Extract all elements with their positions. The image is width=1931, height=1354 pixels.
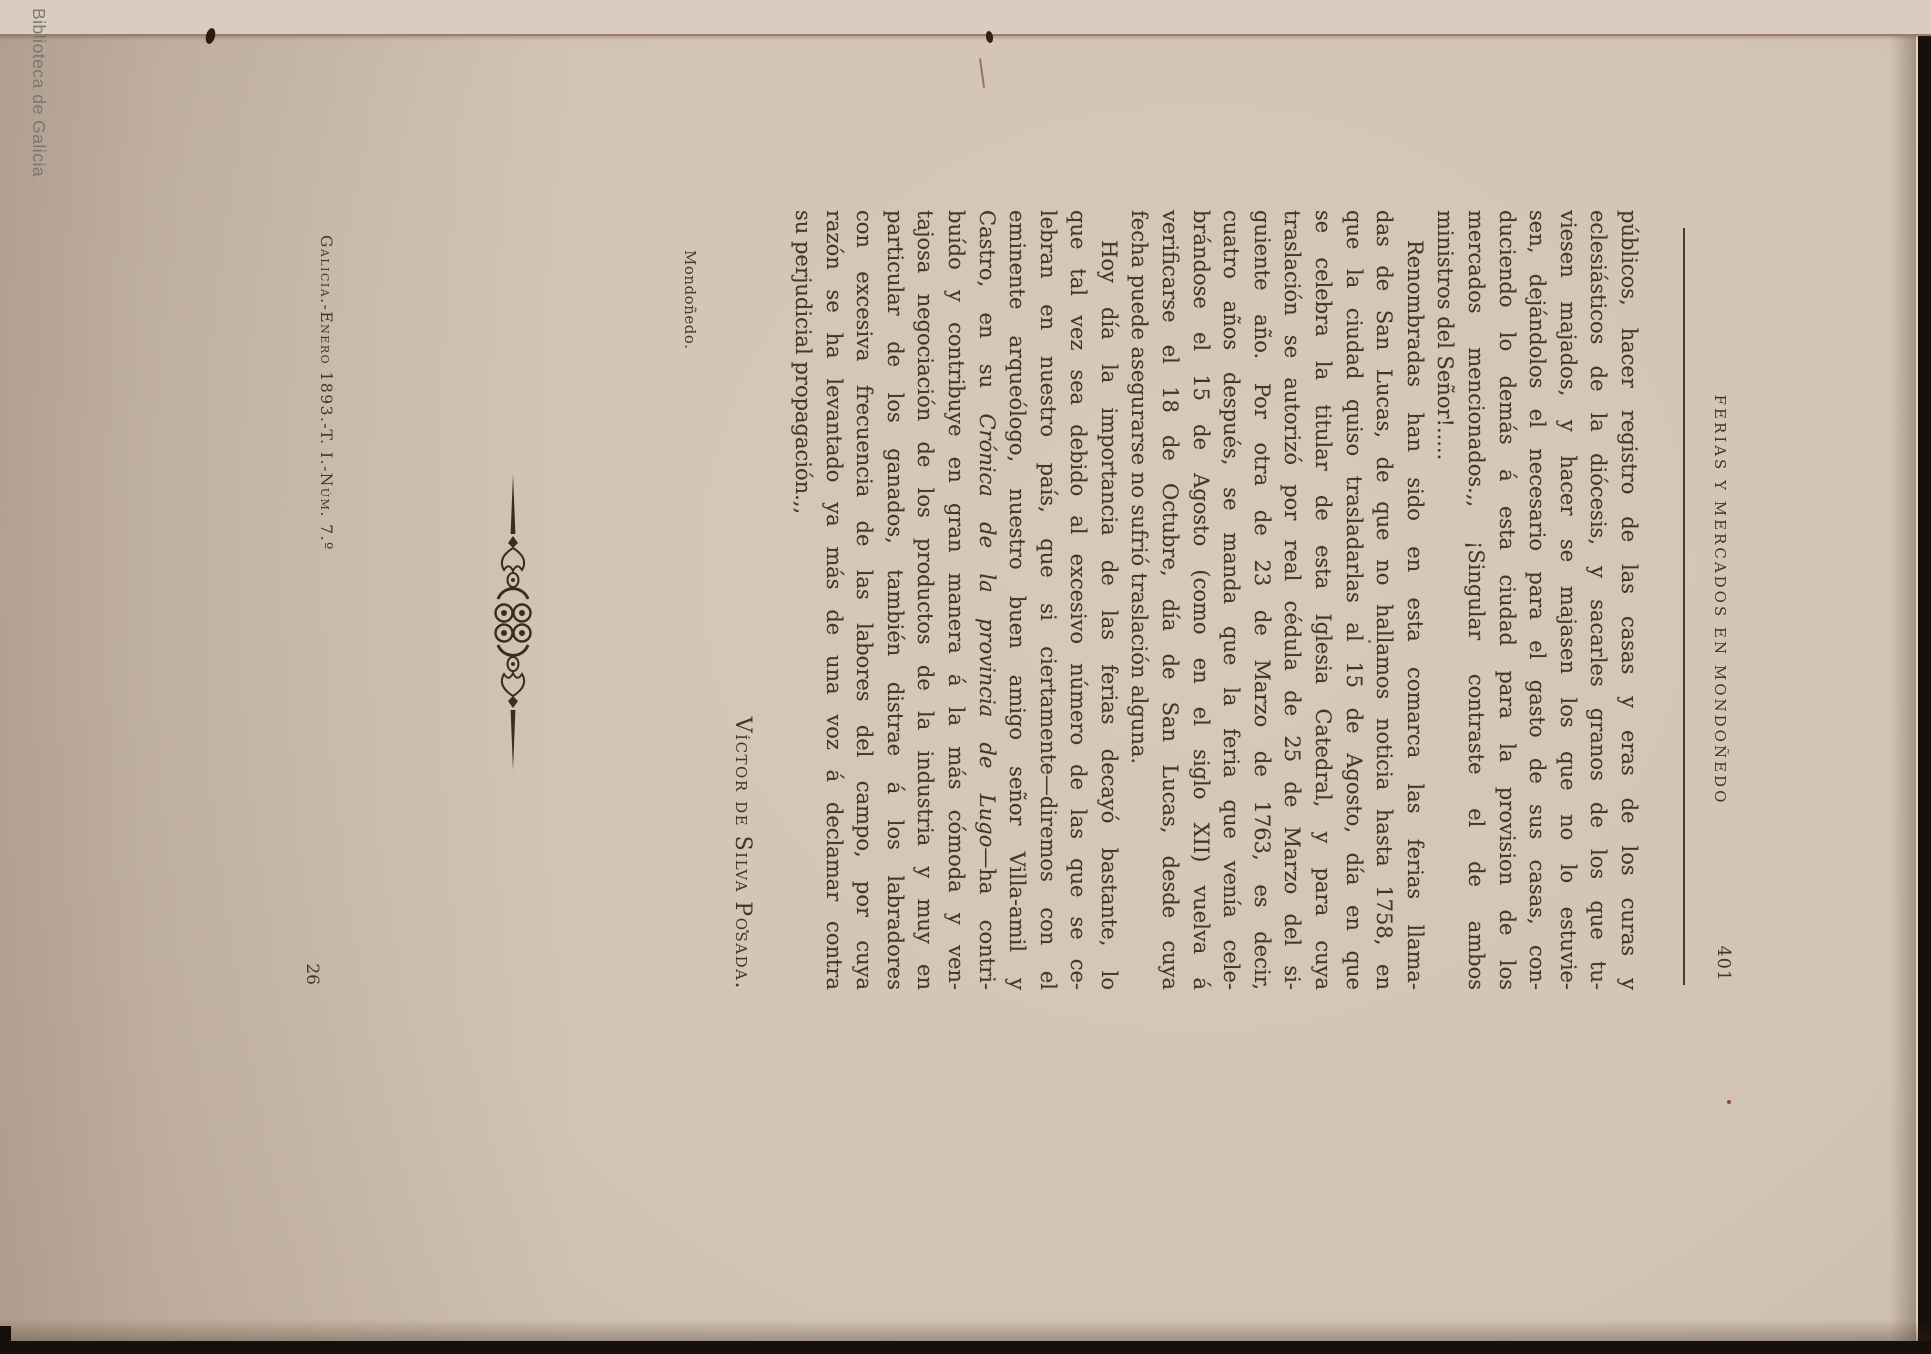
background-corner: [0, 1326, 11, 1354]
running-header-row: FERIAS Y MERCADOS EN MONDOÑEDO 401: [1699, 210, 1733, 990]
body-text: públicos, hacer registro de las casas y …: [787, 210, 1644, 990]
body-line: tajosa negociación de los productos de l…: [910, 210, 941, 990]
printer-signature-mark: 26: [302, 963, 322, 985]
paper-speck: [1727, 1100, 1731, 1104]
gutter-scratch: [979, 58, 985, 88]
page: Biblioteca de Galicia FERIAS Y MERCADOS …: [0, 0, 1931, 1354]
body-line: mercados mencionados.,, ¡Singular contra…: [1460, 210, 1491, 990]
running-header-title: FERIAS Y MERCADOS EN MONDOÑEDO: [1711, 210, 1729, 990]
scanned-book-photo: Biblioteca de Galicia FERIAS Y MERCADOS …: [0, 0, 1931, 1354]
body-line: sen, dejándolos el necesario para el gas…: [1522, 210, 1553, 990]
facing-page-edge: [0, 0, 1931, 36]
library-watermark: Biblioteca de Galicia: [28, 8, 49, 177]
tailpiece-ornament: [493, 472, 533, 772]
body-line: particular de los ganados, también distr…: [879, 210, 910, 990]
body-line: ministros del Señor!.....: [1430, 210, 1461, 990]
background-beyond-fore-edge: [0, 1341, 1931, 1354]
signature-place: Mondoñedo.: [681, 250, 699, 349]
body-line: su perjudicial propagación.,,: [787, 210, 818, 990]
italic-book-title: Crónica de la provincia de Lugo: [975, 414, 999, 848]
body-line: cuatro años después, se manda que la fer…: [1216, 210, 1247, 990]
footer-row: Galicia.-Enero 1893.-T. I.-Núm. 7.º 26: [295, 235, 335, 990]
footer-imprint: Galicia.-Enero 1893.-T. I.-Núm. 7.º: [317, 235, 335, 551]
body-line: buído y contribuye en gran manera á la m…: [940, 210, 971, 990]
body-line: das de San Lucas, de que no hallamos not…: [1369, 210, 1400, 990]
body-line: duciendo lo demás á esta ciudad para la …: [1491, 210, 1522, 990]
body-line: Castro, en su Crónica de la provincia de…: [971, 210, 1002, 990]
signature-name: Víctor de Silva Posada.: [730, 210, 755, 990]
body-line: razón se ha levantado ya más de una voz …: [818, 210, 849, 990]
page-top-edge-highlight: [1916, 33, 1918, 1354]
body-line: fecha puede asegurarse no sufrió traslac…: [1124, 210, 1155, 990]
body-line: Renombradas han sido en esta comarca las…: [1399, 210, 1430, 990]
page-fore-edge-shadow: [0, 1319, 1931, 1341]
body-line: públicos, hacer registro de las casas y …: [1613, 210, 1644, 990]
page-number: 401: [1713, 946, 1733, 982]
body-line: eclesiásticos de la diócesis, y sacarles…: [1583, 210, 1614, 990]
body-line: guiente año. Por otra de 23 de Marzo de …: [1246, 210, 1277, 990]
body-line: se celebra la titular de esta Iglesia Ca…: [1307, 210, 1338, 990]
body-line: que tal vez sea debido al excesivo númer…: [1063, 210, 1094, 990]
body-line: Hoy día la importancia de las ferias dec…: [1093, 210, 1124, 990]
background-beyond-page-top: [1918, 33, 1931, 1354]
body-line: lebran en nuestro país, que si ciertamen…: [1032, 210, 1063, 990]
body-line: verificarse el 18 de Octubre, día de San…: [1155, 210, 1186, 990]
body-line: con excesiva frecuencia de las labores d…: [849, 210, 880, 990]
body-line: eminente arqueólogo, nuestro buen amigo …: [1002, 210, 1033, 990]
page-top-edge-shadow: [1890, 33, 1916, 1354]
body-line: viesen majados, y hacer se majasen los q…: [1552, 210, 1583, 990]
header-rule: [1683, 228, 1685, 985]
body-line: brándose el 15 de Agosto (como en el sig…: [1185, 210, 1216, 990]
body-line: que la ciudad quiso trasladarlas al 15 d…: [1338, 210, 1369, 990]
body-line: traslación se autorizó por real cédula d…: [1277, 210, 1308, 990]
